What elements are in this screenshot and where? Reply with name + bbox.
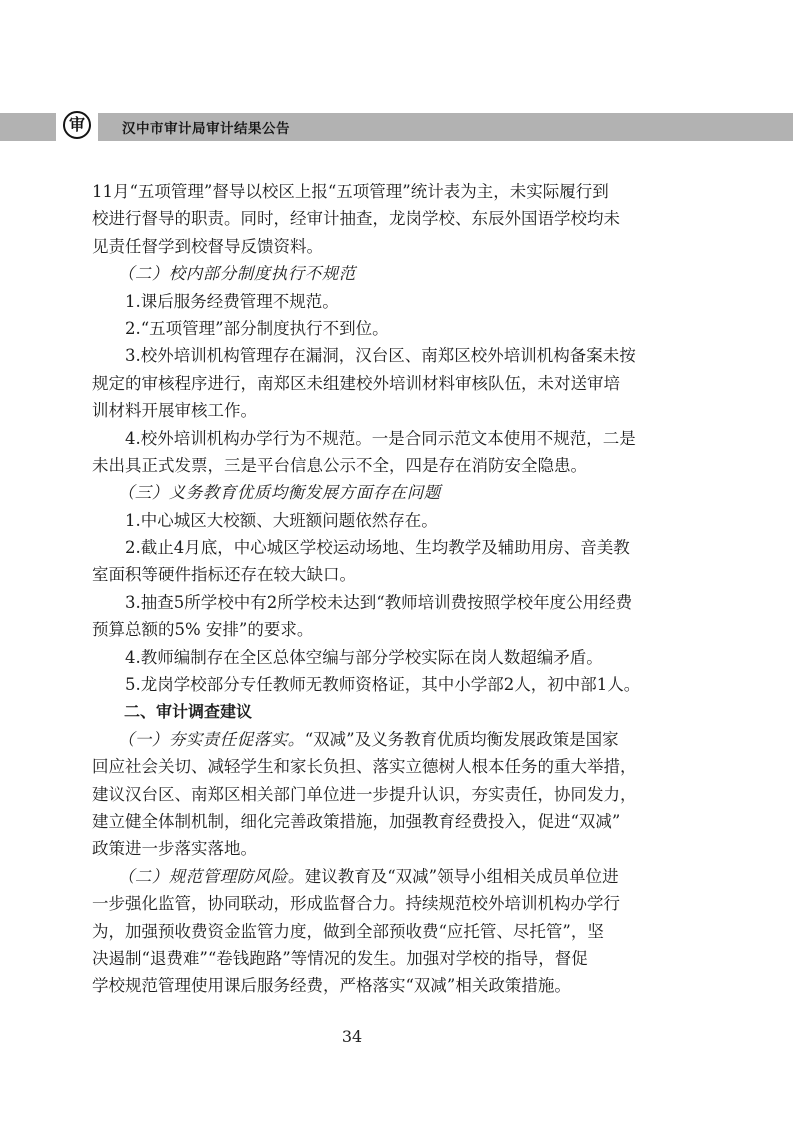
text-run: 见责任督学到校督导反馈资料。 — [92, 237, 323, 256]
text-run: （一）夯实责任促落实。 — [92, 730, 305, 749]
text-line: 二、审计调查建议 — [92, 698, 692, 725]
text-line: 建立健全体制机制，细化完善政策措施，加强教育经费投入，促进“双减” — [92, 808, 692, 835]
text-line: 3.校外培训机构管理存在漏洞，汉台区、南郑区校外培训机构备案未按 — [92, 342, 692, 369]
text-run: 建议教育及“双减”领导小组相关成员单位进 — [305, 867, 619, 886]
text-line: 11月“五项管理”督导以校区上报“五项管理”统计表为主，未实际履行到 — [92, 178, 692, 205]
text-run: 1.课后服务经费管理不规范。 — [92, 292, 339, 311]
text-run: 建立健全体制机制，细化完善政策措施，加强教育经费投入，促进“双减” — [92, 812, 620, 831]
text-line: 预算总额的5% 安排”的要求。 — [92, 616, 692, 643]
text-line: 建议汉台区、南郑区相关部门单位进一步提升认识，夯实责任，协同发力， — [92, 781, 692, 808]
text-run: 建议汉台区、南郑区相关部门单位进一步提升认识，夯实责任，协同发力， — [92, 785, 637, 804]
text-run: 11月“五项管理”督导以校区上报“五项管理”统计表为主，未实际履行到 — [92, 182, 609, 201]
text-line: 见责任督学到校督导反馈资料。 — [92, 233, 692, 260]
text-run: （二）校内部分制度执行不规范 — [92, 264, 356, 283]
text-line: 一步强化监管，协同联动，形成监督合力。持续规范校外培训机构办学行 — [92, 890, 692, 917]
text-run: 4.校外培训机构办学行为不规范。一是合同示范文本使用不规范，二是 — [92, 429, 636, 448]
text-line: （一）夯实责任促落实。“双减”及义务教育优质均衡发展政策是国家 — [92, 726, 692, 753]
text-run: 5.龙岗学校部分专任教师无教师资格证，其中小学部2人，初中部1人。 — [92, 675, 640, 694]
text-run: 回应社会关切、减轻学生和家长负担、落实立德树人根本任务的重大举措， — [92, 757, 637, 776]
text-run: 1.中心城区大校额、大班额问题依然存在。 — [92, 511, 438, 530]
text-run: 3.抽查5所学校中有2所学校未达到“教师培训费按照学校年度公用经费 — [92, 593, 632, 612]
text-run: 校进行督导的职责。同时，经审计抽查，龙岗学校、东辰外国语学校均未 — [92, 209, 620, 228]
audit-seal-glyph: 审 — [69, 117, 85, 133]
text-run: 未出具正式发票，三是平台信息公示不全，四是存在消防安全隐患。 — [92, 456, 587, 475]
text-run: 学校规范管理使用课后服务经费，严格落实“双减”相关政策措施。 — [92, 976, 571, 995]
text-run: 2.“五项管理”部分制度执行不到位。 — [92, 319, 389, 338]
text-run: 决遏制“退费难”“卷钱跑路”等情况的发生。加强对学校的指导，督促 — [92, 949, 588, 968]
text-line: 4.教师编制存在全区总体空编与部分学校实际在岗人数超编矛盾。 — [92, 644, 692, 671]
text-run: 预算总额的5% 安排”的要求。 — [92, 620, 313, 639]
text-line: 校进行督导的职责。同时，经审计抽查，龙岗学校、东辰外国语学校均未 — [92, 205, 692, 232]
text-line: 政策进一步落实落地。 — [92, 835, 692, 862]
text-run: 规定的审核程序进行，南郑区未组建校外培训材料审核队伍，未对送审培 — [92, 374, 620, 393]
text-line: 学校规范管理使用课后服务经费，严格落实“双减”相关政策措施。 — [92, 972, 692, 999]
text-run: 为，加强预收费资金监管力度，做到全部预收费“应托管、尽托管”，坚 — [92, 922, 604, 941]
text-run: 2.截止4月底，中心城区学校运动场地、生均教学及辅助用房、音美教 — [92, 538, 630, 557]
page-number: 34 — [312, 1027, 392, 1046]
text-line: 2.“五项管理”部分制度执行不到位。 — [92, 315, 692, 342]
text-line: 4.校外培训机构办学行为不规范。一是合同示范文本使用不规范，二是 — [92, 425, 692, 452]
text-run: “双减”及义务教育优质均衡发展政策是国家 — [305, 730, 619, 749]
text-line: 室面积等硬件指标还存在较大缺口。 — [92, 561, 692, 588]
document-body: 11月“五项管理”督导以校区上报“五项管理”统计表为主，未实际履行到校进行督导的… — [92, 178, 692, 1000]
text-line: 决遏制“退费难”“卷钱跑路”等情况的发生。加强对学校的指导，督促 — [92, 945, 692, 972]
text-line: 未出具正式发票，三是平台信息公示不全，四是存在消防安全隐患。 — [92, 452, 692, 479]
text-line: （二）规范管理防风险。建议教育及“双减”领导小组相关成员单位进 — [92, 863, 692, 890]
text-line: 2.截止4月底，中心城区学校运动场地、生均教学及辅助用房、音美教 — [92, 534, 692, 561]
text-line: 1.课后服务经费管理不规范。 — [92, 288, 692, 315]
text-run: 4.教师编制存在全区总体空编与部分学校实际在岗人数超编矛盾。 — [92, 648, 603, 667]
header-title: 汉中市审计局审计结果公告 — [122, 113, 290, 141]
text-line: 1.中心城区大校额、大班额问题依然存在。 — [92, 507, 692, 534]
logo-box: 审 — [56, 105, 98, 144]
text-line: 训材料开展审核工作。 — [92, 397, 692, 424]
text-run: （二）规范管理防风险。 — [92, 867, 305, 886]
text-line: （二）校内部分制度执行不规范 — [92, 260, 692, 287]
text-line: （三）义务教育优质均衡发展方面存在问题 — [92, 479, 692, 506]
header-bar — [0, 113, 793, 141]
text-run: 政策进一步落实落地。 — [92, 839, 257, 858]
text-line: 3.抽查5所学校中有2所学校未达到“教师培训费按照学校年度公用经费 — [92, 589, 692, 616]
text-run: 训材料开展审核工作。 — [92, 401, 257, 420]
text-line: 规定的审核程序进行，南郑区未组建校外培训材料审核队伍，未对送审培 — [92, 370, 692, 397]
text-run: 一步强化监管，协同联动，形成监督合力。持续规范校外培训机构办学行 — [92, 894, 620, 913]
document-page: 审 汉中市审计局审计结果公告 11月“五项管理”督导以校区上报“五项管理”统计表… — [0, 0, 793, 1122]
text-line: 为，加强预收费资金监管力度，做到全部预收费“应托管、尽托管”，坚 — [92, 918, 692, 945]
text-run: 二、审计调查建议 — [92, 704, 252, 721]
text-run: 室面积等硬件指标还存在较大缺口。 — [92, 565, 356, 584]
text-run: （三）义务教育优质均衡发展方面存在问题 — [92, 483, 441, 502]
text-line: 回应社会关切、减轻学生和家长负担、落实立德树人根本任务的重大举措， — [92, 753, 692, 780]
audit-bureau-seal-icon: 审 — [63, 111, 91, 139]
text-run: 3.校外培训机构管理存在漏洞，汉台区、南郑区校外培训机构备案未按 — [92, 346, 636, 365]
text-line: 5.龙岗学校部分专任教师无教师资格证，其中小学部2人，初中部1人。 — [92, 671, 692, 698]
